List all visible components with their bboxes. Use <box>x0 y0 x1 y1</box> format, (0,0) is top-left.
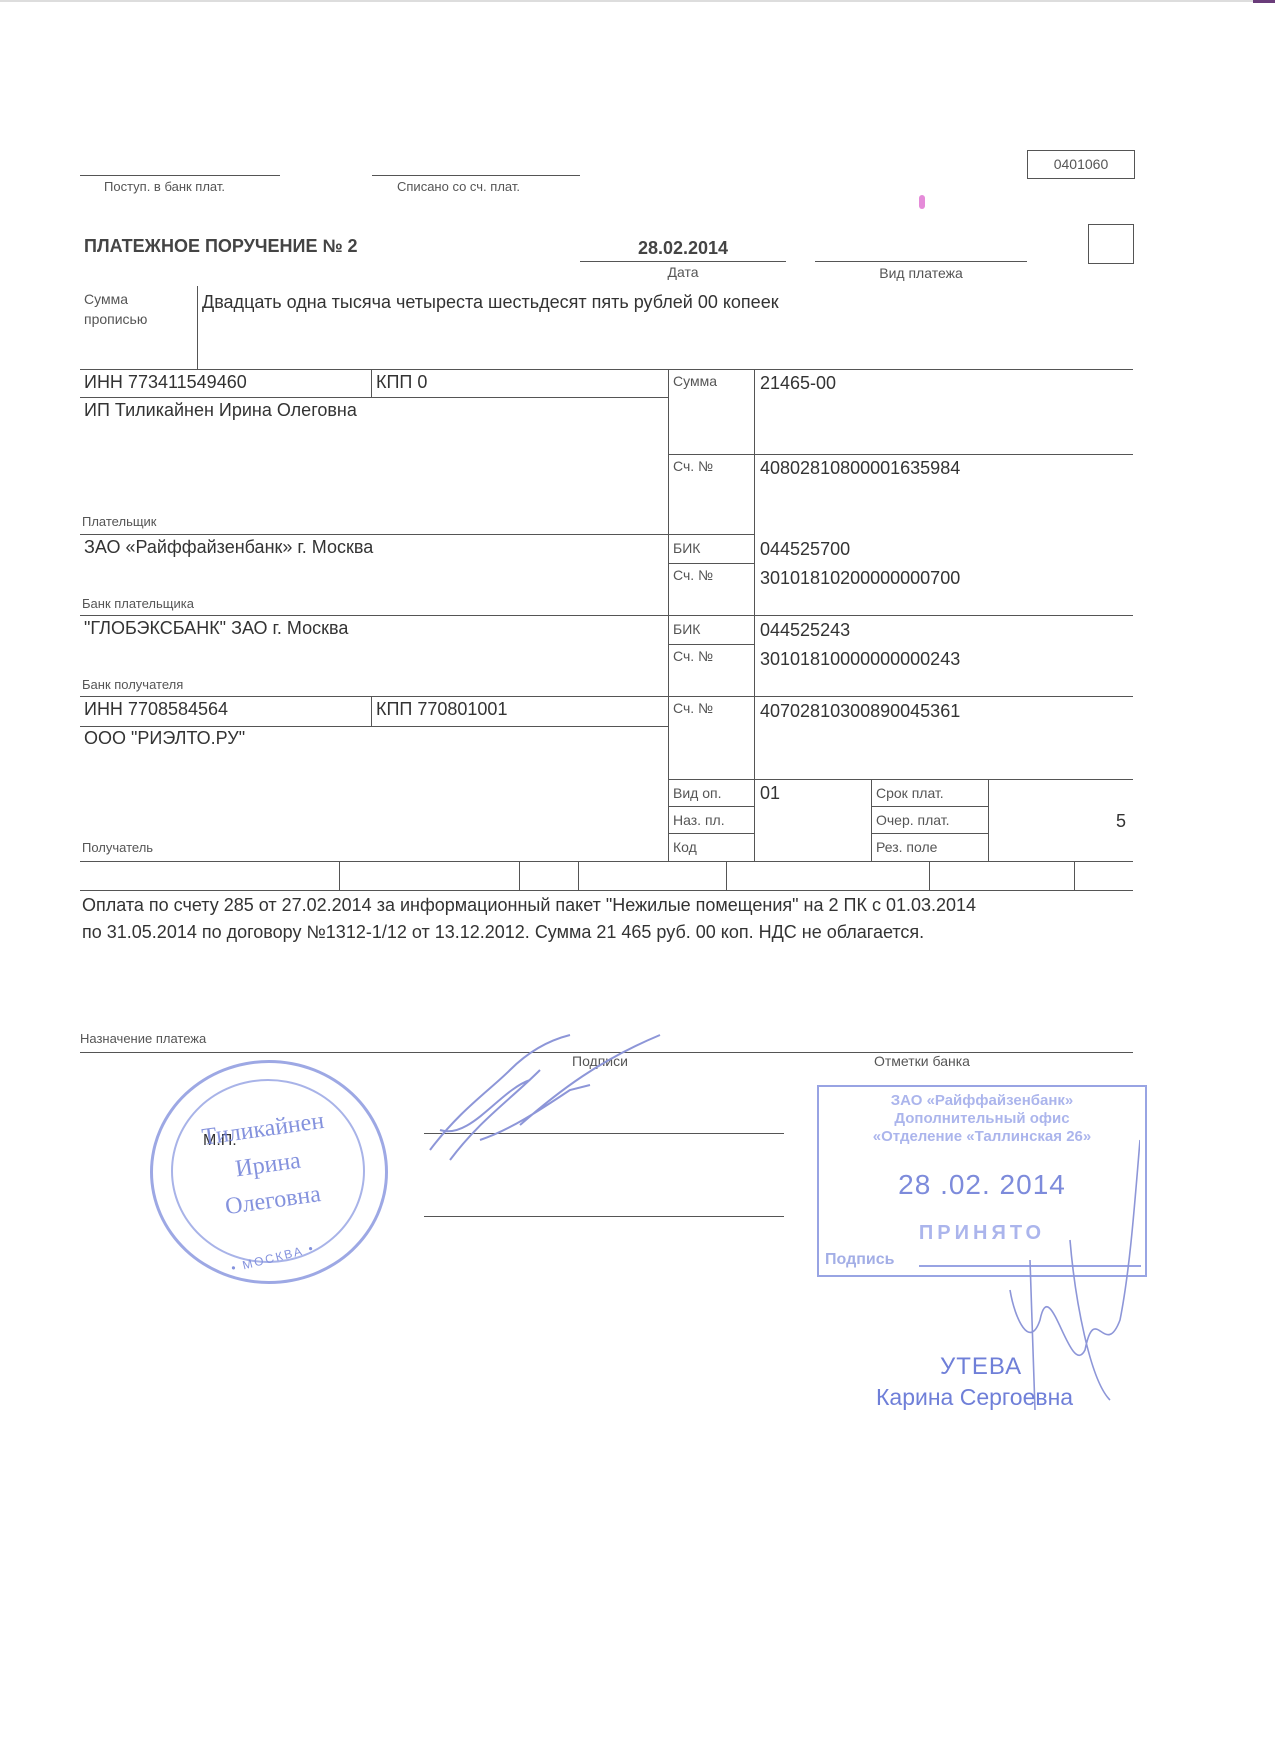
grid-line <box>339 861 340 890</box>
amount-words-label-line1: Сумма <box>84 289 147 309</box>
grid-line <box>519 861 520 890</box>
bank-officer-surname: УТЕВА <box>940 1353 1022 1381</box>
grid-line <box>668 563 754 564</box>
sum-value: 21465-00 <box>760 373 836 394</box>
op-type-value: 01 <box>760 783 780 804</box>
debited-label: Списано со сч. плат. <box>397 179 520 194</box>
date-line <box>580 261 786 262</box>
date-label: Дата <box>580 264 786 280</box>
page-corner-mark <box>1253 0 1275 3</box>
page-top-edge <box>0 0 1275 2</box>
bank-stamp-signature-label: Подпись <box>825 1251 894 1269</box>
grid-line <box>668 779 1133 780</box>
amount-words-label-line2: прописью <box>84 309 147 329</box>
debited-line <box>372 175 580 176</box>
date-value: 28.02.2014 <box>580 238 786 259</box>
grid-line <box>80 534 668 535</box>
recipient-bank-account-value: 30101810000000000243 <box>760 649 960 670</box>
grid-line <box>80 696 1133 697</box>
received-line <box>80 175 280 176</box>
payer-bank-bik-label: БИК <box>673 540 700 556</box>
due-label: Срок плат. <box>876 785 944 801</box>
op-type-label: Вид оп. <box>673 785 721 801</box>
payer-name: ИП Тиликайнен Ирина Олеговна <box>84 400 357 421</box>
grid-line <box>80 369 1133 370</box>
amount-words-label: Сумма прописью <box>84 289 147 329</box>
grid-line <box>726 861 727 890</box>
bank-marks-label: Отметки банка <box>874 1053 970 1069</box>
grid-line <box>668 454 1133 455</box>
received-label: Поступ. в банк плат. <box>104 179 225 194</box>
payer-inn: ИНН 773411549460 <box>84 372 247 393</box>
payer-account-label: Сч. № <box>673 458 713 474</box>
recipient-bank-name: "ГЛОБЭКСБАНК" ЗАО г. Москва <box>84 618 348 639</box>
grid-line <box>80 890 1133 891</box>
payer-bank-name: ЗАО «Райффайзенбанк» г. Москва <box>84 537 373 558</box>
grid-line <box>929 861 930 890</box>
document-title: ПЛАТЕЖНОЕ ПОРУЧЕНИЕ № 2 <box>84 236 358 257</box>
bank-officer-name: Карина Сергоевна <box>876 1384 1073 1411</box>
recipient-kpp: КПП 770801001 <box>376 699 507 720</box>
reserve-label: Рез. поле <box>876 839 937 855</box>
recipient-name: ООО "РИЭЛТО.РУ" <box>84 728 245 749</box>
code-label: Код <box>673 839 697 855</box>
priority-value: 5 <box>1116 811 1126 832</box>
payer-kpp: КПП 0 <box>376 372 427 393</box>
purpose-label: Назначение платежа <box>80 1031 206 1046</box>
grid-line <box>988 779 989 861</box>
payer-bank-bik-value: 044525700 <box>760 539 850 560</box>
recipient-label: Получатель <box>82 840 153 855</box>
grid-line <box>668 833 754 834</box>
payer-signature <box>420 1030 680 1180</box>
sum-label: Сумма <box>673 373 717 389</box>
recipient-bank-label: Банк получателя <box>82 677 183 692</box>
form-code-box: 0401060 <box>1027 150 1135 179</box>
payer-account-value: 40802810800001635984 <box>760 458 960 479</box>
purpose-line-2: по 31.05.2014 по договору №1312-1/12 от … <box>82 919 976 946</box>
status-code-box <box>1088 224 1134 264</box>
form-code: 0401060 <box>1054 156 1109 172</box>
grid-line <box>371 369 372 397</box>
recipient-inn: ИНН 7708584564 <box>84 699 228 720</box>
recipient-account-label: Сч. № <box>673 700 713 716</box>
recipient-bank-bik-label: БИК <box>673 621 700 637</box>
payment-type-label: Вид платежа <box>815 265 1027 281</box>
grid-line <box>371 696 372 726</box>
round-seal-stamp: Тиликайнен Ирина Олеговна • МОСКВА • <box>150 1060 388 1284</box>
grid-line <box>1074 861 1075 890</box>
recipient-bank-bik-value: 044525243 <box>760 620 850 641</box>
priority-label: Очер. плат. <box>876 812 950 828</box>
recipient-bank-account-label: Сч. № <box>673 648 713 664</box>
grid-line <box>871 833 988 834</box>
payer-label: Плательщик <box>82 514 156 529</box>
ink-mark <box>919 195 925 209</box>
payer-bank-account-value: 30101810200000000700 <box>760 568 960 589</box>
recipient-account-value: 40702810300890045361 <box>760 701 960 722</box>
grid-line <box>871 806 988 807</box>
grid-line <box>80 397 668 398</box>
grid-line <box>80 726 668 727</box>
grid-line <box>80 861 1133 862</box>
grid-line <box>871 779 872 861</box>
payment-type-line <box>815 261 1027 262</box>
payer-bank-account-label: Сч. № <box>673 567 713 583</box>
grid-line <box>668 806 754 807</box>
grid-line <box>668 534 754 535</box>
seal-center-text: Тиликайнен Ирина Олеговна <box>186 1101 350 1229</box>
purpose-line-1: Оплата по счету 285 от 27.02.2014 за инф… <box>82 892 976 919</box>
amount-words-divider <box>197 286 198 370</box>
bank-stamp-line-1: ЗАО «Райффайзенбанк» <box>819 1092 1145 1110</box>
grid-line <box>80 615 1133 616</box>
signature-line-2 <box>424 1216 784 1217</box>
payment-purpose: Оплата по счету 285 от 27.02.2014 за инф… <box>82 892 976 946</box>
grid-line <box>578 861 579 890</box>
amount-words-value: Двадцать одна тысяча четыреста шестьдеся… <box>202 292 779 313</box>
payer-bank-label: Банк плательщика <box>82 596 194 611</box>
purpose-code-label: Наз. пл. <box>673 812 725 828</box>
grid-line <box>668 644 754 645</box>
